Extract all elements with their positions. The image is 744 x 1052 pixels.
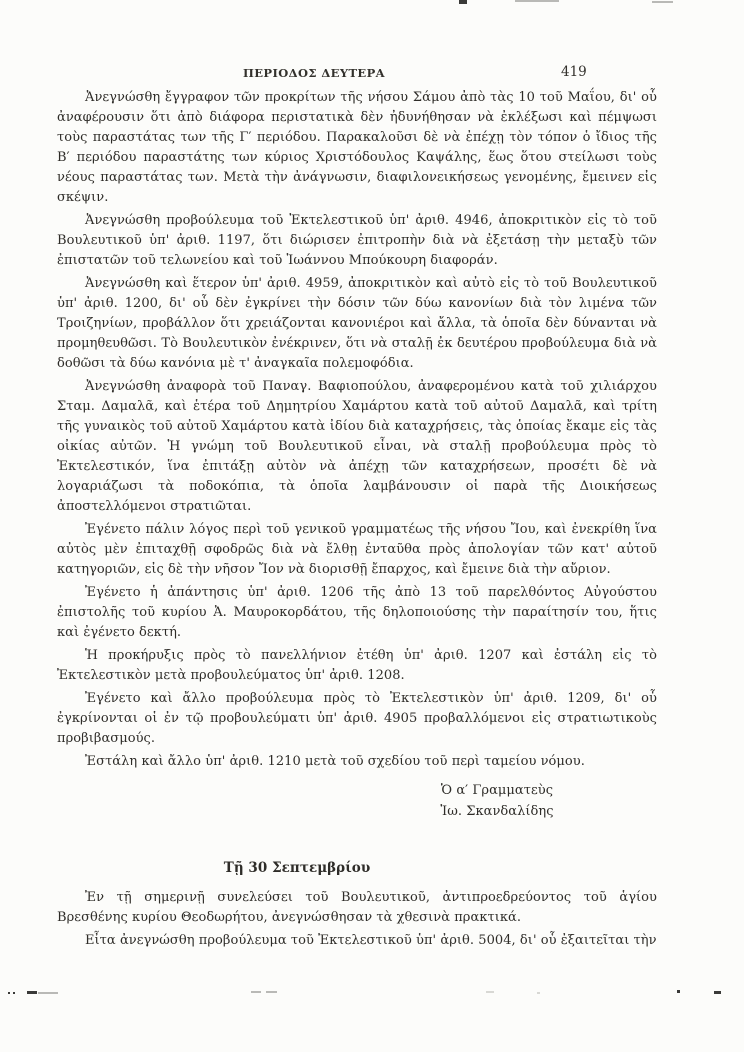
scan-artifact [714, 991, 721, 994]
document-body: Ἀνεγνώσθη ἔγγραφον τῶν προκρίτων τῆς νήσ… [57, 88, 657, 954]
body-paragraph: Ἐν τῇ σημερινῇ συνελεύσει τοῦ Βουλευτικο… [57, 888, 657, 928]
body-paragraph: Ἀνεγνώσθη ἀναφορὰ τοῦ Παναγ. Βαφιοπούλου… [57, 377, 657, 517]
signature-role: Ὁ α′ Γραμματεὺς [409, 780, 585, 801]
signature-block: Ὁ α′ Γραμματεὺς Ἰω. Σκανδαλίδης [409, 780, 585, 822]
body-paragraph: Ἐγένετο πάλιν λόγος περὶ τοῦ γενικοῦ γρα… [57, 520, 657, 580]
scan-artifact [38, 992, 58, 994]
scan-artifact [27, 991, 37, 994]
session-body: Ἐν τῇ σημερινῇ συνελεύσει τοῦ Βουλευτικο… [57, 888, 657, 951]
page-number: 419 [561, 64, 587, 80]
running-header-title: ΠΕΡΙΟΔΟΣ ΔΕΥΤΕΡΑ [243, 66, 385, 80]
body-paragraph: Ἡ προκήρυξις πρὸς τὸ πανελλήνιον ἐτέθη ὑ… [57, 646, 657, 686]
signature-name: Ἰω. Σκανδαλίδης [409, 801, 585, 822]
body-paragraph: Ἐστάλη καὶ ἄλλο ὑπ' ἀριθ. 1210 μετὰ τοῦ … [57, 752, 657, 772]
body-paragraph: Ἀνεγνώσθη καὶ ἕτερον ὑπ' ἀριθ. 4959, ἀπο… [57, 274, 657, 374]
body-paragraph: Ἀνεγνώσθη προβούλευμα τοῦ Ἐκτελεστικοῦ ὑ… [57, 211, 657, 271]
scan-artifact [537, 992, 540, 994]
session-date-heading: Τῇ 30 Σεπτεμβρίου [57, 858, 657, 878]
scan-artifact [266, 991, 277, 993]
body-paragraph: Ἀνεγνώσθη ἔγγραφον τῶν προκρίτων τῆς νήσ… [57, 88, 657, 208]
scan-artifact [251, 991, 261, 993]
body-paragraph: Εἶτα ἀνεγνώσθη προβούλευμα τοῦ Ἐκτελεστι… [57, 931, 657, 951]
scan-artifact [13, 992, 15, 994]
scan-artifact [515, 0, 559, 2]
scan-artifact [459, 0, 467, 4]
scan-artifact [486, 991, 494, 993]
body-paragraph: Ἐγένετο καὶ ἄλλο προβούλευμα πρὸς τὸ Ἐκτ… [57, 689, 657, 749]
scan-artifact [677, 990, 680, 993]
scanned-document-page: ΠΕΡΙΟΔΟΣ ΔΕΥΤΕΡΑ 419 Ἀνεγνώσθη ἔγγραφον … [0, 0, 744, 1052]
body-paragraph: Ἐγένετο ἡ ἀπάντησις ὑπ' ἀριθ. 1206 τῆς ἀ… [57, 583, 657, 643]
scan-artifact [8, 992, 10, 994]
scan-artifact [652, 1, 673, 3]
